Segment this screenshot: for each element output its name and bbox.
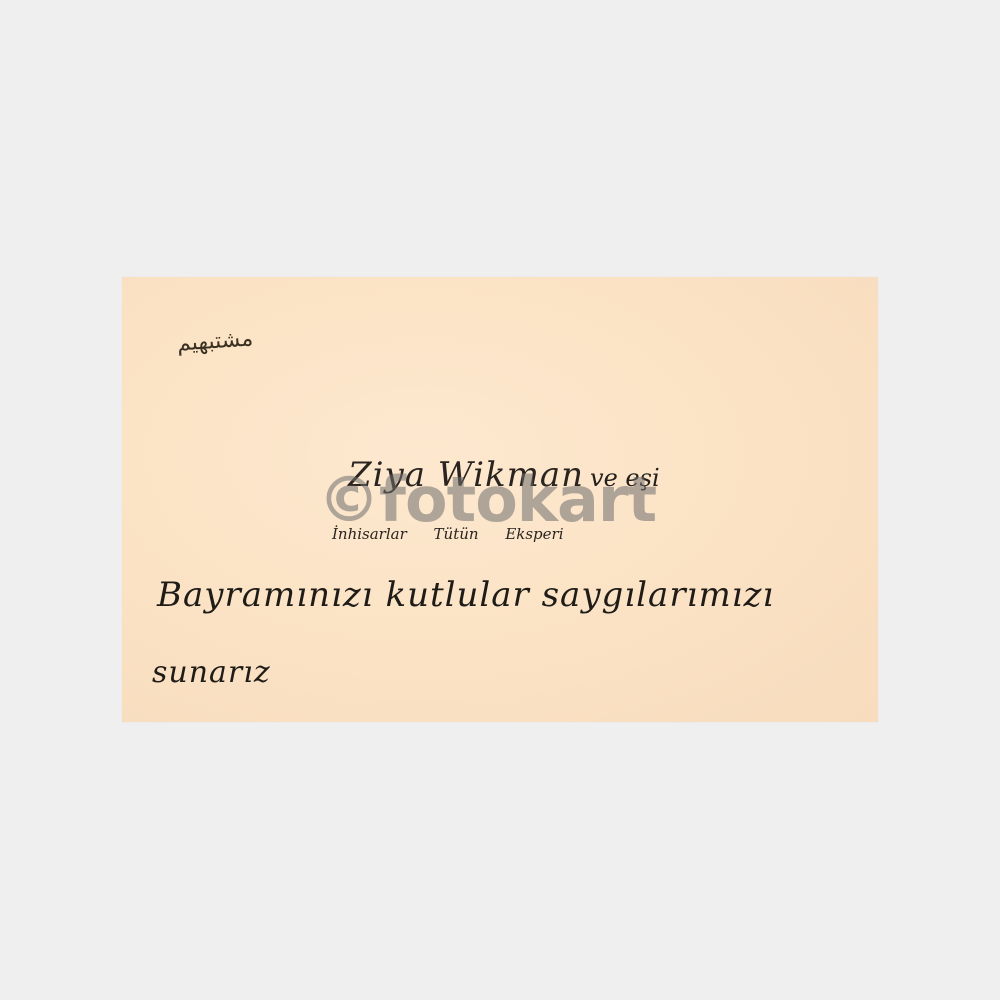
handwritten-message-line-2: sunarız (152, 655, 271, 690)
printed-title: İnhisarlar Tütün Eksperi (332, 525, 564, 543)
greeting-card: مشتبهیم Ziya Wikmanve eşi İnhisarlar Tüt… (122, 277, 878, 722)
printed-name: Ziya Wikman (348, 455, 584, 495)
handwritten-ottoman-note: مشتبهیم (176, 326, 254, 356)
name-line: Ziya Wikmanve eşi (348, 455, 660, 495)
handwritten-suffix: ve eşi (590, 464, 660, 492)
handwritten-message-line-1: Bayramınızı kutlular saygılarımızı (157, 575, 774, 615)
